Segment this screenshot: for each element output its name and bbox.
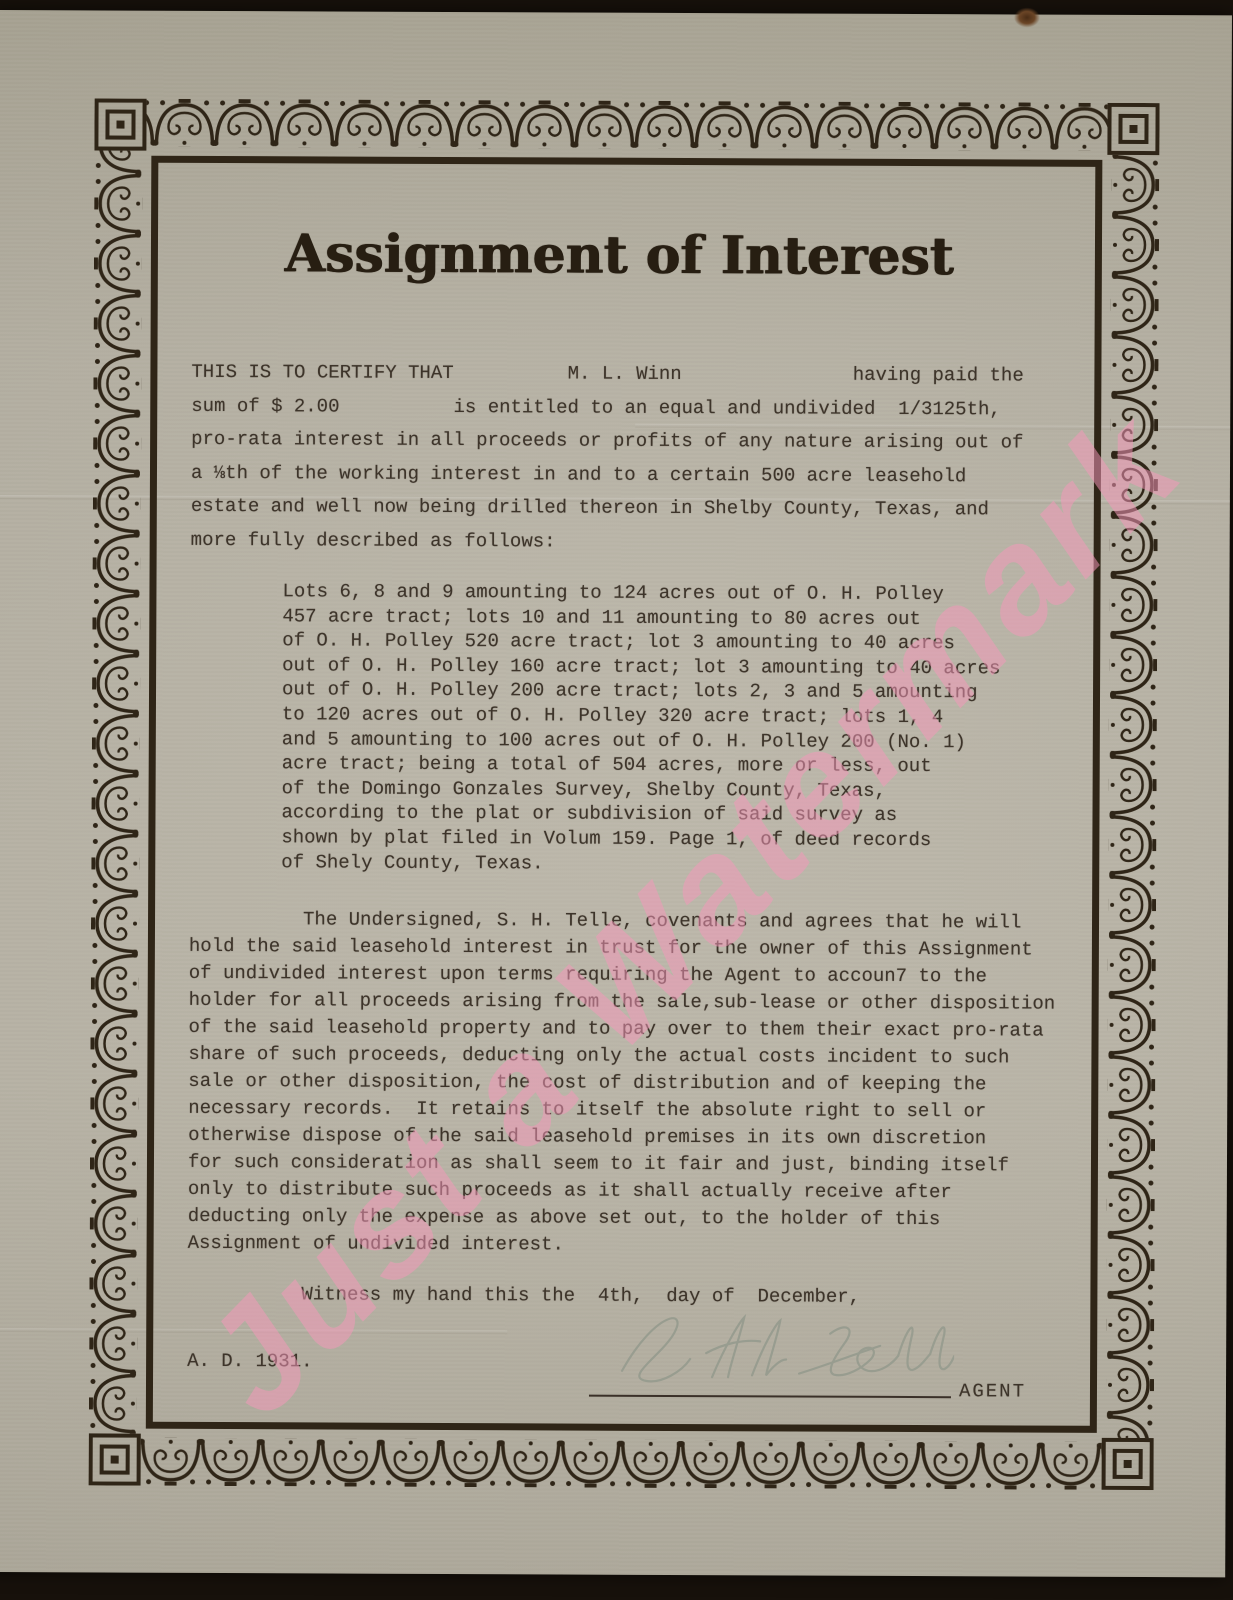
handwritten-signature <box>594 1291 954 1403</box>
text-line: of Shely County, Texas. <box>281 850 999 878</box>
text-line: hold the said leasehold interest in trus… <box>189 933 1056 964</box>
scanned-document-page: Assignment of Interest THIS IS TO CERTIF… <box>0 10 1232 1577</box>
text-line: sale or other disposition, the cost of d… <box>188 1068 1055 1099</box>
text-line: a ⅛th of the working interest in and to … <box>191 456 1023 493</box>
text-line: to 120 acres out of O. H. Polley 320 acr… <box>282 702 1000 730</box>
text-line: for such consideration as shall seem to … <box>188 1149 1055 1180</box>
text-line: acre tract; being a total of 504 acres, … <box>282 751 1000 779</box>
text-line: Assignment of undivided interest. <box>188 1230 1055 1261</box>
text-line: of the Domingo Gonzales Survey, Shelby C… <box>282 776 1000 804</box>
text-line: out of O. H. Polley 200 acre tract; lots… <box>282 678 1000 706</box>
text-line: pro-rata interest in all proceeds or pro… <box>191 423 1023 460</box>
text-line: otherwise dispose of the said leasehold … <box>188 1122 1055 1153</box>
date-line: A. D. 1931. <box>187 1348 313 1376</box>
page-title: Assignment of Interest <box>179 223 1059 288</box>
covenant-paragraph: The Undersigned, S. H. Telle, covenants … <box>188 906 1056 1261</box>
text-line: deducting only the expense as above set … <box>188 1203 1055 1234</box>
certify-paragraph: THIS IS TO CERTIFY THAT M. L. Winn havin… <box>191 356 1024 561</box>
text-line: out of O. H. Polley 160 acre tract; lot … <box>282 653 1000 681</box>
agent-label: AGENT <box>959 1380 1026 1402</box>
text-line: of the said leasehold property and to pa… <box>189 1014 1056 1045</box>
text-line: The Undersigned, S. H. Telle, covenants … <box>189 906 1056 937</box>
text-line: sum of $ 2.00 is entitled to an equal an… <box>191 389 1023 426</box>
text-line: Lots 6, 8 and 9 amounting to 124 acres o… <box>282 579 1000 607</box>
text-line: THIS IS TO CERTIFY THAT M. L. Winn havin… <box>191 356 1023 393</box>
text-line: shown by plat filed in Volum 159. Page 1… <box>281 825 999 853</box>
text-line: according to the plat or subdivision of … <box>281 801 999 829</box>
property-description: Lots 6, 8 and 9 amounting to 124 acres o… <box>281 579 1001 877</box>
text-line: necessary records. It retains to itself … <box>188 1095 1055 1126</box>
text-line: only to distribute such proceeds as it s… <box>188 1176 1055 1207</box>
paper-stain <box>1014 7 1040 27</box>
text-line: of O. H. Polley 520 acre tract; lot 3 am… <box>282 628 1000 656</box>
text-line: more fully described as follows: <box>191 523 1023 560</box>
text-line: of undivided interest upon terms requiri… <box>189 960 1056 991</box>
text-line: and 5 amounting to 100 acres out of O. H… <box>282 727 1000 755</box>
text-line: holder for all proceeds arising from the… <box>189 987 1056 1018</box>
text-line: 457 acre tract; lots 10 and 11 amounting… <box>282 604 1000 632</box>
text-line: share of such proceeds, deducting only t… <box>188 1041 1055 1072</box>
text-line: estate and well now being drilled thereo… <box>191 490 1023 527</box>
